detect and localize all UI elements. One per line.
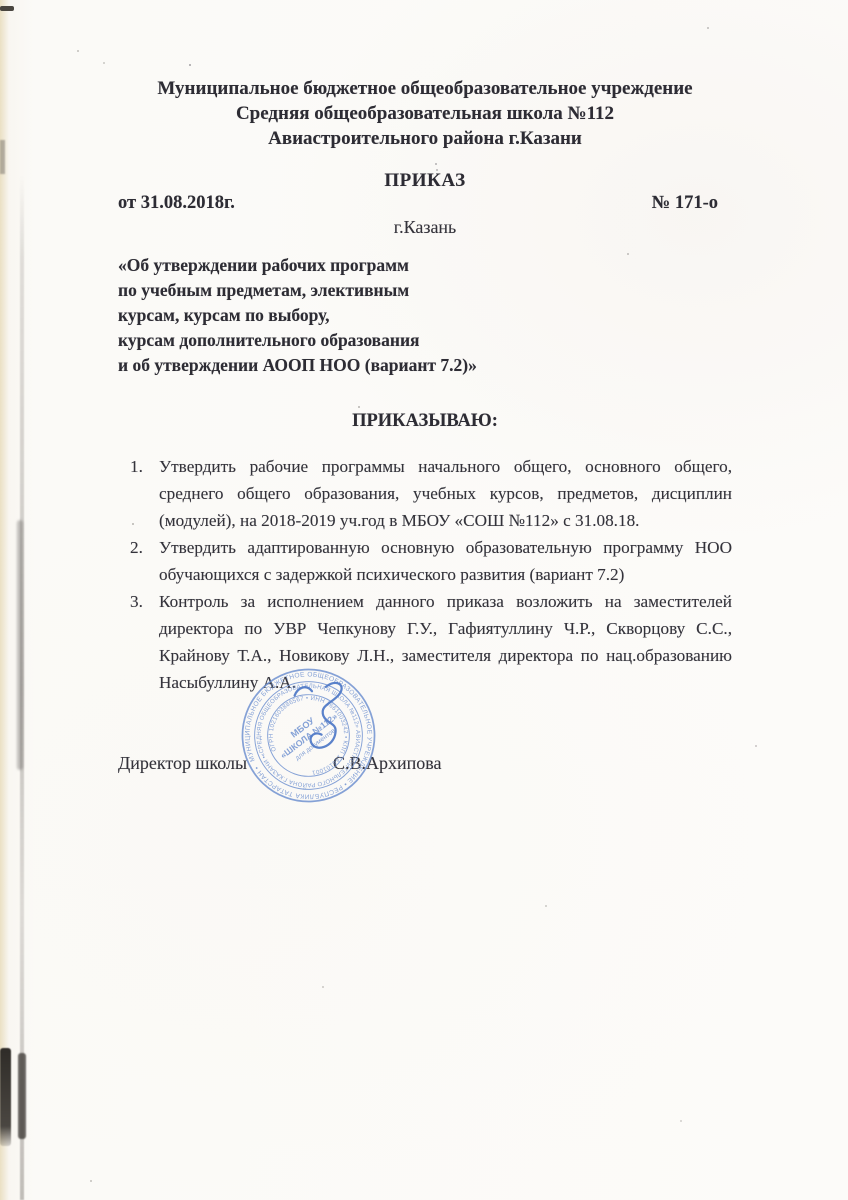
document-type-title: ПРИКАЗ	[118, 170, 732, 192]
official-stamp-seal: МУНИЦИПАЛЬНОЕ БЮДЖЕТНОЕ ОБЩЕОБРАЗОВАТЕЛЬ…	[239, 666, 378, 805]
scan-edge-shadow	[0, 0, 9, 1200]
order-document: Муниципальное бюджетное общеобразователь…	[118, 0, 732, 779]
scan-ink-blob	[18, 1053, 26, 1139]
order-city: г.Казань	[118, 216, 732, 238]
subject-line: курсам дополнительного образования	[118, 328, 732, 353]
scan-smudge	[0, 140, 5, 174]
scan-specks	[0, 0, 2, 2]
subject-line: курсам, курсам по выбору,	[118, 303, 732, 328]
order-item-2: Утвердить адаптированную основную образо…	[130, 534, 732, 588]
scan-ink-blob	[0, 1048, 11, 1146]
order-meta-row: от 31.08.2018г. № 171-о	[118, 192, 732, 214]
subject-line: «Об утверждении рабочих программ	[118, 253, 732, 278]
organization-header: Муниципальное бюджетное общеобразователь…	[118, 76, 732, 151]
order-item-3: Контроль за исполнением данного приказа …	[130, 588, 732, 696]
signer-title: Директор школы	[118, 753, 247, 773]
order-number: № 171-о	[652, 192, 732, 214]
order-date: от 31.08.2018г.	[118, 192, 235, 214]
subject-line: по учебным предметам, элективным	[118, 278, 732, 303]
subject-line: и об утверждении АООП НОО (вариант 7.2)»	[118, 353, 732, 378]
scan-corner-mark	[0, 6, 14, 11]
scan-fold-line-dark	[17, 520, 23, 770]
order-item-1: Утвердить рабочие программы начального о…	[130, 453, 732, 534]
order-items-list: Утвердить рабочие программы начального о…	[130, 453, 732, 696]
org-line-3: Авиастроительного района г.Казани	[118, 126, 732, 151]
order-subject: «Об утверждении рабочих программ по учеб…	[118, 253, 732, 378]
org-line-2: Средняя общеобразовательная школа №112	[118, 101, 732, 126]
stamp-svg: МУНИЦИПАЛЬНОЕ БЮДЖЕТНОЕ ОБЩЕОБРАЗОВАТЕЛЬ…	[239, 666, 378, 805]
directive-heading: ПРИКАЗЫВАЮ:	[118, 410, 732, 432]
signature-row: Директор школы С.В.Архипова	[118, 753, 732, 779]
org-line-1: Муниципальное бюджетное общеобразователь…	[118, 76, 732, 101]
scanned-document-page: Муниципальное бюджетное общеобразователь…	[0, 0, 848, 1200]
